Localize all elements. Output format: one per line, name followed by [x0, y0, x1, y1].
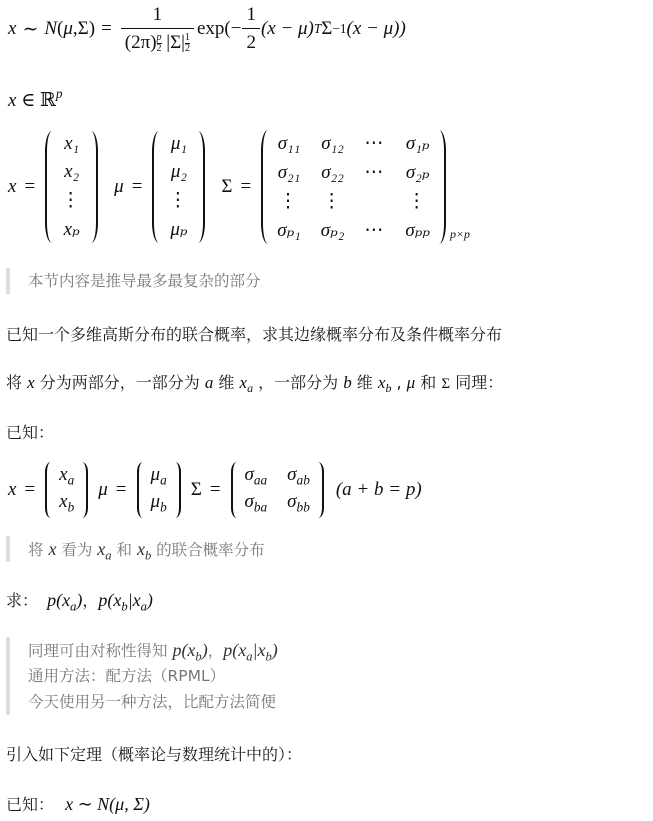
- left-paren: [152, 131, 166, 243]
- exp-den: 2: [157, 44, 162, 54]
- matrix-cell: xₚ: [64, 218, 80, 241]
- quote-line-2: 通用方法：配方法（RPML）: [28, 663, 278, 689]
- two-pi: (2π): [125, 32, 157, 53]
- matrix-cell: μ₁: [171, 133, 187, 155]
- matrix-cell: ⋮: [322, 190, 343, 213]
- var-mu: μ: [63, 18, 73, 40]
- text: 将: [6, 373, 27, 392]
- paragraph-theorem-intro: 引入如下定理（概率论与数理统计中的）：: [6, 742, 302, 765]
- numerator: 1: [149, 4, 167, 28]
- x-label: x: [8, 176, 16, 198]
- paragraph-given-dist: 已知： x ∼ N(μ, Σ): [6, 792, 150, 815]
- sim-symbol: ∼: [22, 18, 38, 41]
- mu-block-vector: μaμb: [137, 462, 181, 517]
- text: 将: [28, 541, 48, 559]
- cell-base: σ: [245, 491, 254, 512]
- x-minus-mu-2: (x − μ)): [347, 18, 406, 40]
- label: 已知：: [6, 795, 54, 814]
- var-x: x: [137, 539, 145, 559]
- blockquote-note: 本节内容是推导最多最复杂的部分: [6, 268, 261, 294]
- matrix-cell: x₁: [64, 133, 79, 155]
- quote-line-3: 今天使用另一种方法，比配方法简便: [28, 689, 278, 715]
- matrix-cell: μa: [151, 464, 167, 489]
- equals: =: [116, 479, 127, 501]
- var-x: x: [8, 18, 16, 40]
- text: 维: [352, 373, 378, 392]
- left-paren: [45, 131, 59, 243]
- formula-block-matrices: x = xaxb μ = μaμb Σ = σaaσabσbaσbb (a + …: [8, 462, 422, 518]
- equals: =: [210, 479, 221, 501]
- matrix-cell: σaa: [245, 464, 268, 489]
- right-paren: [169, 462, 181, 517]
- matrix-cell: ⋮: [168, 189, 189, 212]
- given: |x: [253, 640, 266, 660]
- exp-function: exp(−: [197, 18, 241, 40]
- matrix-cell: σ₂₁: [278, 162, 301, 184]
- prob-p: p(x: [47, 590, 70, 610]
- cell-subscript: b: [160, 500, 167, 515]
- var-x: x: [240, 373, 248, 392]
- half-fraction: 1 2: [242, 4, 260, 54]
- prob-p: p(x: [98, 590, 121, 610]
- cell-subscript: ba: [254, 500, 267, 515]
- cell-base: σ: [287, 464, 296, 485]
- paragraph-partition: 将 x 分为两部分，一部分为 a 维 xa ，一部分为 b 维 xb , μ 和…: [6, 370, 503, 396]
- x-block-vector: xaxb: [45, 462, 88, 517]
- matrix-cell: ⋮: [61, 189, 82, 212]
- matrix-cell: xb: [59, 491, 74, 516]
- var-N: N: [44, 18, 57, 40]
- equals: =: [101, 18, 112, 40]
- var-sigma: Σ: [78, 18, 89, 40]
- text: 看为: [56, 541, 97, 559]
- blockquote-joint: 将 x 看为 xa 和 xb 的联合概率分布: [6, 536, 265, 562]
- half-numerator: 1: [242, 4, 260, 28]
- right-paren: [191, 131, 205, 243]
- mu-label: μ: [114, 176, 124, 198]
- cell-base: μ: [151, 464, 161, 485]
- text: 同理可由对称性得知: [28, 642, 172, 660]
- quote-line: 将 x 看为 xa 和 xb 的联合概率分布: [28, 536, 265, 562]
- equals: =: [132, 176, 143, 198]
- formula-gaussian-density: x ∼ N(μ, Σ) = 1 (2π)p2 |Σ|12 exp(− 1 2 (…: [8, 2, 406, 56]
- paren: ): [147, 590, 153, 610]
- paragraph-intro: 已知一个多维高斯分布的联合概率，求其边缘概率分布及条件概率分布: [6, 322, 502, 345]
- matrix-cell: σ₁₂: [321, 133, 344, 155]
- equals: =: [24, 479, 35, 501]
- matrix-cell: σ₂ₚ: [406, 161, 430, 184]
- quote-text: 本节内容是推导最多最复杂的部分: [28, 268, 261, 294]
- normalizer-fraction: 1 (2π)p2 |Σ|12: [121, 4, 194, 54]
- matrix-cell: x₂: [64, 161, 79, 183]
- matrix-cell: σab: [287, 464, 310, 489]
- abs-sigma: |Σ|: [166, 32, 185, 53]
- paren: ): [272, 640, 278, 660]
- prob-p: p(x: [223, 640, 246, 660]
- left-paren: [137, 462, 149, 517]
- matrix-dimensions: p×p: [450, 227, 470, 242]
- cell-subscript: a: [68, 473, 75, 488]
- text: 维: [213, 373, 239, 392]
- real-numbers: ℝ: [40, 90, 56, 111]
- text: 的联合概率分布: [151, 541, 264, 559]
- x-vector: x₁x₂⋮xₚ: [45, 131, 98, 243]
- cell-subscript: ab: [297, 473, 310, 488]
- left-paren: [231, 462, 243, 517]
- blockquote-method: 同理可由对称性得知 p(xb)，p(xa|xb) 通用方法：配方法（RPML） …: [6, 637, 278, 715]
- sigma-block-matrix: σaaσabσbaσbb: [231, 462, 324, 517]
- text: 分为两部分，一部分为: [35, 373, 205, 392]
- mu-label: μ: [98, 479, 108, 501]
- matrix-cell: μb: [151, 491, 167, 516]
- cell-base: σ: [245, 464, 254, 485]
- var-x: x: [27, 373, 35, 392]
- sigma-label: Σ: [191, 479, 202, 501]
- formula-normal: x ∼ N(μ, Σ): [65, 794, 150, 814]
- cell-subscript: bb: [297, 500, 310, 515]
- separator: ，: [208, 642, 224, 660]
- cell-subscript: aa: [254, 473, 267, 488]
- var-sigma: Σ: [441, 376, 450, 392]
- matrix-cell: ⋮: [407, 190, 428, 213]
- text: 同理：: [450, 373, 503, 392]
- cell-subscript: b: [68, 500, 75, 515]
- matrix-cell: μ₂: [171, 161, 187, 183]
- right-paren: [432, 130, 446, 244]
- matrix-cell: σbb: [287, 491, 310, 516]
- dim-p: p: [56, 86, 63, 101]
- dimension-constraint: (a + b = p): [336, 479, 422, 501]
- x-label: x: [8, 479, 16, 501]
- half-denominator: 2: [242, 28, 260, 54]
- matrix-cell: σ₂₂: [321, 162, 344, 184]
- var-mu: μ: [407, 373, 416, 392]
- formula-domain: x ∈ ℝp: [8, 86, 62, 112]
- left-paren: [261, 130, 275, 244]
- given: |x: [128, 590, 141, 610]
- text: 和: [112, 541, 137, 559]
- matrix-cell: ⋯: [364, 219, 385, 242]
- separator: ，: [82, 591, 98, 610]
- denominator: (2π)p2 |Σ|12: [121, 28, 194, 54]
- matrix-cell: σ₁₁: [278, 133, 301, 155]
- matrix-cell: σ₁ₚ: [406, 132, 430, 155]
- equals: =: [240, 176, 251, 198]
- matrix-cell: σba: [245, 491, 268, 516]
- matrix-cell: ⋯: [364, 161, 385, 184]
- cell-base: x: [59, 464, 67, 485]
- transpose: T: [314, 21, 321, 37]
- paren-close: ): [89, 18, 95, 40]
- equals: =: [24, 176, 35, 198]
- cell-base: σ: [287, 491, 296, 512]
- mu-vector: μ₁μ₂⋮μₚ: [152, 131, 205, 243]
- left-paren: [45, 462, 57, 517]
- matrix-cell: μₚ: [170, 218, 187, 241]
- sigma-label: Σ: [221, 176, 232, 198]
- inverse-exponent: −1: [332, 21, 346, 37]
- sigma-inverse: Σ: [321, 18, 332, 40]
- matrix-cell: σₚₚ: [405, 219, 430, 242]
- sigma-matrix: σ₁₁σ₁₂⋯σ₁ₚσ₂₁σ₂₂⋯σ₂ₚ⋮⋮⋮σₚ₁σₚ₂⋯σₚₚ: [261, 130, 446, 244]
- paragraph-given: 已知：: [6, 420, 54, 443]
- cell-base: x: [59, 491, 67, 512]
- right-paren: [84, 131, 98, 243]
- prob-p: p(x: [172, 640, 195, 660]
- matrix-cell: ⋮: [278, 190, 299, 213]
- paragraph-find: 求： p(xa)，p(xb|xa): [6, 588, 153, 614]
- x-minus-mu: (x − μ): [261, 18, 314, 40]
- right-paren: [312, 462, 324, 517]
- label: 求：: [6, 591, 38, 610]
- cell-subscript: a: [160, 473, 167, 488]
- element-of: ∈: [16, 90, 40, 111]
- quote-line-1: 同理可由对称性得知 p(xb)，p(xa|xb): [28, 637, 278, 663]
- cell-base: μ: [151, 491, 161, 512]
- matrix-cell: xa: [59, 464, 74, 489]
- text: 和: [415, 373, 441, 392]
- text: ,: [391, 373, 406, 392]
- matrix-cell: σₚ₂: [321, 219, 345, 242]
- formula-full-matrices: x = x₁x₂⋮xₚ μ = μ₁μ₂⋮μₚ Σ = σ₁₁σ₁₂⋯σ₁ₚσ₂…: [8, 130, 470, 244]
- right-paren: [76, 462, 88, 517]
- matrix-cell: ⋯: [364, 132, 385, 155]
- text: ，一部分为: [253, 373, 343, 392]
- half-den: 2: [185, 44, 190, 54]
- matrix-cell: σₚ₁: [277, 219, 301, 242]
- var-b: b: [343, 373, 352, 392]
